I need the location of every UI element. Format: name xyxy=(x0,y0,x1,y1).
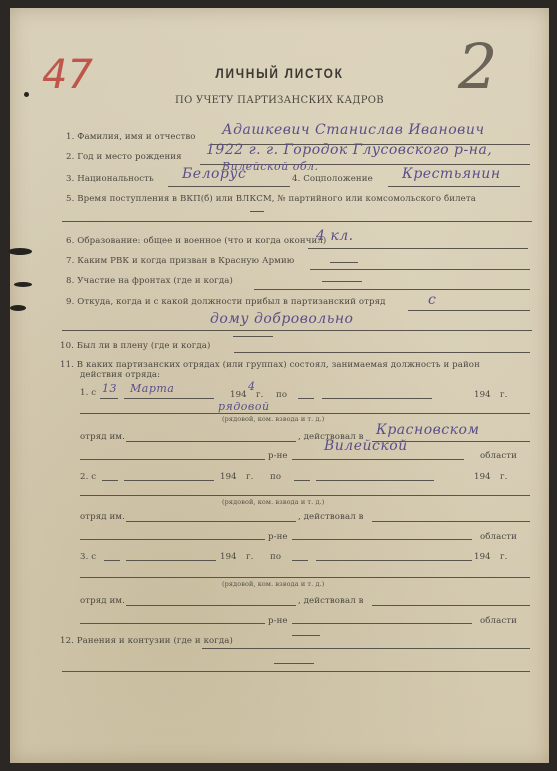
entry-1-oblast-value: Вилейской xyxy=(324,438,408,454)
entry-3-g2: г. xyxy=(500,552,507,562)
entry-3-g: г. xyxy=(246,552,253,562)
binder-hole xyxy=(14,282,32,287)
entry-1-position: рядовой xyxy=(218,400,270,413)
field-10-label: 10. Был ли в плену (где и когда) xyxy=(60,341,210,351)
entry-3-raion-line xyxy=(372,605,530,606)
entry-1-oblast-line xyxy=(292,459,464,460)
field-10-line xyxy=(234,352,530,353)
page-subtitle: ПО УЧЕТУ ПАРТИЗАНСКИХ КАДРОВ xyxy=(10,95,549,106)
field-4-line xyxy=(388,186,520,187)
field-8-label: 8. Участие на фронтах (где и когда) xyxy=(66,276,233,286)
field-3-value: Белорус xyxy=(182,166,246,182)
field-9-label: 9. Откуда, когда и с какой должности при… xyxy=(66,297,386,307)
field-7-line xyxy=(310,269,530,270)
entry-1-otryad-line xyxy=(126,441,296,442)
field-5-line xyxy=(62,221,532,222)
entry-1-rke: р-не xyxy=(268,451,288,461)
entry-2-position-hint: (рядовой, ком. взвода и т. д.) xyxy=(222,498,324,506)
entry-1-position-line xyxy=(80,413,530,414)
binder-hole xyxy=(10,305,26,311)
entry-3-day-line xyxy=(104,560,120,561)
entry-1-line-3 xyxy=(80,459,265,460)
entry-3-year-to: 194 xyxy=(474,552,491,562)
entry-1-oblast: области xyxy=(480,451,517,461)
field-5-dash xyxy=(250,211,264,212)
entry-2-to-day-line xyxy=(294,480,310,481)
entry-1-num: 1. с xyxy=(80,388,96,398)
entry-2-day-line xyxy=(102,480,118,481)
entry-2-oblast: области xyxy=(480,532,517,542)
entry-1-to-month-line xyxy=(322,398,432,399)
field-11-label: 11. В каких партизанских отрядах (или гр… xyxy=(60,360,480,370)
entry-3-position-line xyxy=(80,577,530,578)
entry-3-position-hint: (рядовой, ком. взвода и т. д.) xyxy=(222,580,324,588)
field-5-label: 5. Время поступления в ВКП(б) или ВЛКСМ,… xyxy=(66,194,476,204)
entry-3-line-3 xyxy=(80,623,265,624)
field-6-label: 6. Образование: общее и военное (что и к… xyxy=(66,236,326,246)
field-11-label-2: действия отряда: xyxy=(80,370,160,380)
entry-1-month: Марта xyxy=(130,382,174,395)
field-12-dash xyxy=(292,635,320,636)
entry-2-otryad-label: отряд им. xyxy=(80,512,125,522)
entry-2-month-line xyxy=(124,480,214,481)
entry-1-raion: Красновском xyxy=(376,422,480,438)
field-8-dash xyxy=(322,281,362,282)
entry-1-month-line xyxy=(124,398,214,399)
entry-3-oblast-line xyxy=(292,623,472,624)
field-3-line xyxy=(168,186,290,187)
entry-3-po: по xyxy=(270,552,281,562)
binder-hole xyxy=(8,248,32,255)
field-4-label: 4. Соцположение xyxy=(292,174,373,184)
entry-2-deistvoval: , действовал в xyxy=(298,512,364,522)
entry-2-g: г. xyxy=(246,472,253,482)
entry-1-po: по xyxy=(276,390,287,400)
entry-3-otryad-line xyxy=(126,605,296,606)
entry-1-otryad-label: отряд им. xyxy=(80,432,125,442)
entry-1-to-day-line xyxy=(298,398,314,399)
field-7-dash xyxy=(330,262,358,263)
entry-2-raion-line xyxy=(372,521,530,522)
entry-3-deistvoval: , действовал в xyxy=(298,596,364,606)
entry-1-year-from: 194 xyxy=(230,390,247,400)
entry-3-month-line xyxy=(126,560,216,561)
field-10-dash xyxy=(233,336,273,337)
field-8-line xyxy=(254,289,530,290)
entry-3-to-month-line xyxy=(316,560,472,561)
entry-3-rke: р-не xyxy=(268,616,288,626)
field-2-label: 2. Год и место рождения xyxy=(66,152,182,162)
document-page: 47 2 ЛИЧНЫЙ ЛИСТОК ПО УЧЕТУ ПАРТИЗАНСКИХ… xyxy=(10,8,549,763)
field-9-line-2 xyxy=(62,330,532,331)
field-6-value: 4 кл. xyxy=(316,228,354,244)
entry-1-position-hint: (рядовой, ком. взвода и т. д.) xyxy=(222,415,324,423)
entry-3-num: 3. с xyxy=(80,552,96,562)
entry-2-po: по xyxy=(270,472,281,482)
entry-1-year-digit: 4 xyxy=(248,380,256,393)
field-4-value: Крестьянин xyxy=(402,166,501,182)
field-6-line xyxy=(308,248,528,249)
entry-2-rke: р-не xyxy=(268,532,288,542)
field-2-value: 1922 г. г. Городок Глусовского р-на, xyxy=(206,142,492,158)
entry-3-otryad-label: отряд им. xyxy=(80,596,125,606)
entry-2-position-line xyxy=(80,495,530,496)
field-12-line-2 xyxy=(62,671,530,672)
field-1-label: 1. Фамилия, имя и отчество xyxy=(66,132,196,142)
entry-2-g2: г. xyxy=(500,472,507,482)
page-title: ЛИЧНЫЙ ЛИСТОК xyxy=(50,65,508,81)
entry-1-g: г. xyxy=(256,390,263,400)
entry-3-oblast: области xyxy=(480,616,517,626)
field-3-label: 3. Национальность xyxy=(66,174,154,184)
entry-2-year-to: 194 xyxy=(474,472,491,482)
field-9-value: с xyxy=(428,292,436,308)
entry-2-line-3 xyxy=(80,539,265,540)
entry-2-otryad-line xyxy=(126,521,296,522)
entry-3-year-from: 194 xyxy=(220,552,237,562)
field-12-line xyxy=(202,648,530,649)
entry-2-to-month-line xyxy=(316,480,434,481)
field-9-value-2: дому добровольно xyxy=(210,311,353,327)
field-1-value: Адашкевич Станислав Иванович xyxy=(222,122,485,138)
field-9-line xyxy=(408,310,530,311)
entry-1-day: 13 xyxy=(102,382,117,395)
entry-3-to-day-line xyxy=(292,560,308,561)
entry-1-day-line xyxy=(100,398,118,399)
field-12-dash-2 xyxy=(274,663,314,664)
entry-2-year-from: 194 xyxy=(220,472,237,482)
field-12-label: 12. Ранения и контузии (где и когда) xyxy=(60,636,233,646)
binder-hole xyxy=(24,92,29,97)
entry-1-g2: г. xyxy=(500,390,507,400)
entry-1-year-to: 194 xyxy=(474,390,491,400)
entry-2-num: 2. с xyxy=(80,472,96,482)
entry-2-oblast-line xyxy=(292,539,472,540)
field-7-label: 7. Каким РВК и когда призван в Красную А… xyxy=(66,256,294,266)
